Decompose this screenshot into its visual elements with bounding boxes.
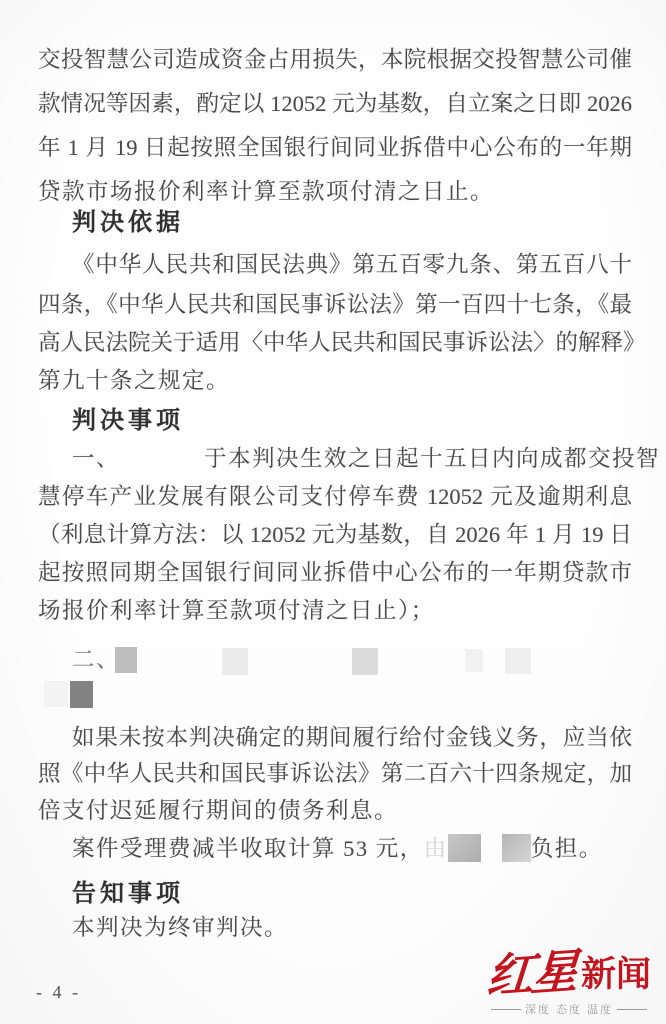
item-one-text: 于本判决生效之日起十五日内向成都交投智 [204,446,660,471]
section-heading-notice-items: 告知事项 [72,879,184,909]
body-line: 四条，《中华人民共和国民事诉讼法》第一百四十七条，《最 [38,290,632,320]
body-line: 贷款市场报价利率计算至款项付清之日止。 [38,177,632,207]
case-fee-text-suffix: 负担。 [531,836,603,861]
body-line: 第九十条之规定。 [38,366,632,396]
tagline-dash-left [491,1009,521,1010]
section-heading-judgment-items: 判决事项 [72,406,184,436]
body-line: 起按照同期全国银行间同业拆借中心公布的一年期贷款市 [38,558,632,588]
logo-tagline: 深度 态度 温度 [476,1005,662,1016]
body-line: 《中华人民共和国民法典》第五百零九条、第五百八十 [72,250,632,280]
redaction-block [222,648,248,675]
body-line: 慧停车产业发展有限公司支付停车费 12052 元及逾期利息 [38,482,632,512]
body-line: 本判决为终审判决。 [72,913,632,943]
redaction-block [448,834,481,862]
faint-character: 由 [424,836,448,861]
item-two-number: 二、 [72,647,120,672]
case-fee-line: 案件受理费减半收取计算 53 元，由负担。 [72,834,632,864]
page-number: - 4 - [36,982,81,1003]
redaction-block [44,681,68,707]
redaction-block [352,648,378,675]
judgment-item-two-line: 二、 [72,645,632,675]
redstar-news-logo: 红星 新闻 深度 态度 温度 [476,952,662,1016]
judgment-item-two-line-2 [38,681,632,711]
judgment-item-one-line: 一、于本判决生效之日起十五日内向成都交投智 [72,444,632,474]
logo-calligraphy-text: 红星 [485,949,577,1002]
body-line: 倍支付迟延履行期间的债务利息。 [38,796,632,826]
logo-word-text: 新闻 [581,957,651,992]
body-line: （利息计算方法：以 12052 元为基数，自 2026 年 1 月 19 日 [38,520,632,550]
redaction-block [465,649,483,672]
item-one-number: 一、 [72,446,120,471]
case-fee-text: 案件受理费减半收取计算 53 元， [72,836,424,861]
redaction-block [70,681,93,708]
body-line: 年 1 月 19 日起按照全国银行间同业拆借中心公布的一年期 [38,133,632,163]
redaction-block [115,647,137,673]
body-line: 如果未按本判决确定的期间履行给付金钱义务，应当依 [72,723,632,753]
tagline-text: 深度 态度 温度 [525,1004,613,1016]
redaction-block [502,834,531,862]
body-line: 高人民法院关于适用〈中华人民共和国民事诉讼法〉的解释》 [38,328,632,358]
redaction-block [505,648,531,674]
body-line: 交投智慧公司造成资金占用损失，本院根据交投智慧公司催 [38,45,632,75]
body-line: 款情况等因素，酌定以 12052 元为基数，自立案之日即 2026 [38,89,632,119]
body-line: 场报价利率计算至款项付清之日止）； [38,596,632,626]
body-line: 照《中华人民共和国民事诉讼法》第二百六十四条规定，加 [38,759,632,789]
logo-brand: 红星 新闻 [476,952,662,999]
section-heading-judgment-basis: 判决依据 [72,208,184,238]
tagline-dash-right [617,1009,647,1010]
scanned-judgment-page: 交投智慧公司造成资金占用损失，本院根据交投智慧公司催 款情况等因素，酌定以 12… [0,0,666,1024]
